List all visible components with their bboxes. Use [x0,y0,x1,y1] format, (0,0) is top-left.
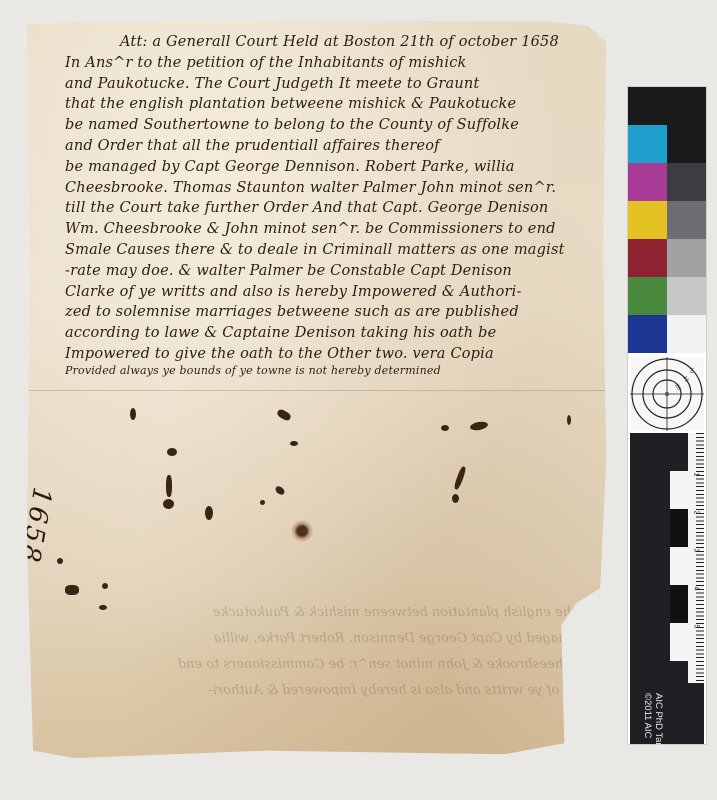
show-through-text: that the english plantation betweene mis… [87,600,607,704]
ruler-number: 2 [692,511,699,515]
swatch-pale-gray [667,277,706,315]
ruler-number: 3 [692,549,699,553]
bw-block [670,509,688,547]
burn-mark [291,520,313,542]
manuscript-line: according to lawe & Captaine Denison tak… [65,323,625,344]
ink-blot [441,425,449,431]
metric-ruler: Metric [688,433,704,683]
swatch-yellow [628,201,667,239]
ink-blot [65,585,79,595]
ink-blot [130,408,136,420]
ink-blot [167,448,177,456]
swatch-black [667,125,706,163]
bw-block [670,471,688,509]
manuscript-line: Impowered to give the oath to the Other … [65,344,625,365]
manuscript-line: till the Court take further Order And th… [65,198,625,219]
swatch-dark-gray [667,163,706,201]
ink-blot [99,605,107,610]
swatch-magenta [628,163,667,201]
margin-date-note: 1658 [14,485,57,567]
ink-blot [290,441,298,446]
ink-blot [57,558,63,564]
swatch-white [667,315,706,353]
manuscript-header: Att: a Generall Court Held at Boston 21t… [65,32,625,53]
ink-blot [276,408,292,422]
swatch-red [628,239,667,277]
manuscript-line: Provided always ye bounds of ye towne is… [65,365,625,377]
ruler-panel: Metric 1 2 3 4 5 AIC PhD Target ©2011 AI… [630,433,704,744]
swatch-black-top [628,87,706,125]
focus-bullseye-icon: 10 15 20 [630,357,704,431]
manuscript-text: Att: a Generall Court Held at Boston 21t… [65,32,625,377]
manuscript-line: Wm. Cheesbrooke & John minot sen^r. be C… [65,219,625,240]
swatch-light-gray [667,239,706,277]
manuscript-line: zed to solemnise marriages betweene such… [65,302,625,323]
manuscript-line: -rate may doe. & walter Palmer be Consta… [65,261,625,282]
manuscript-line: and Paukotucke. The Court Judgeth It mee… [65,74,625,95]
color-reference-target: 10 15 20 Metric 1 2 3 4 5 AIC PhD Target… [627,86,707,745]
swatch-mid-gray [667,201,706,239]
ruler-number: 5 [692,625,699,629]
manuscript-page: Att: a Generall Court Held at Boston 21t… [27,20,624,758]
ink-blot [567,415,571,425]
manuscript-line: In Ans^r to the petition of the Inhabita… [65,53,625,74]
bw-block [670,547,688,585]
ink-blot [469,420,488,431]
ink-blot [274,485,286,497]
bw-block [670,585,688,623]
manuscript-line: Smale Causes there & to deale in Crimina… [65,240,625,261]
swatch-green [628,277,667,315]
swatch-blue [628,315,667,353]
manuscript-line: be managed by Capt George Dennison. Robe… [65,157,625,178]
ink-blot [163,499,174,509]
ink-blot [453,466,467,491]
catalog-mark: D11 [522,753,561,772]
ruler-number: 4 [692,587,699,591]
target-label: AIC PhD Target ©2011 AIC [642,693,664,759]
ink-blot [166,475,172,497]
manuscript-line: be named Southertowne to belong to the C… [65,115,625,136]
ink-blot [452,494,459,503]
ruler-number: 1 [692,473,699,477]
ink-blot [102,583,108,589]
manuscript-line: that the english plantation betweene mis… [65,94,625,115]
manuscript-line: and Order that all the prudentiall affai… [65,136,625,157]
ink-blot [205,506,213,520]
swatch-cyan [628,125,667,163]
svg-text:10: 10 [688,367,694,373]
manuscript-line: Clarke of ye writts and also is hereby I… [65,282,625,303]
manuscript-line: Cheesbrooke. Thomas Staunton walter Palm… [65,178,625,199]
ink-blot [260,500,265,505]
bw-block [670,623,688,661]
